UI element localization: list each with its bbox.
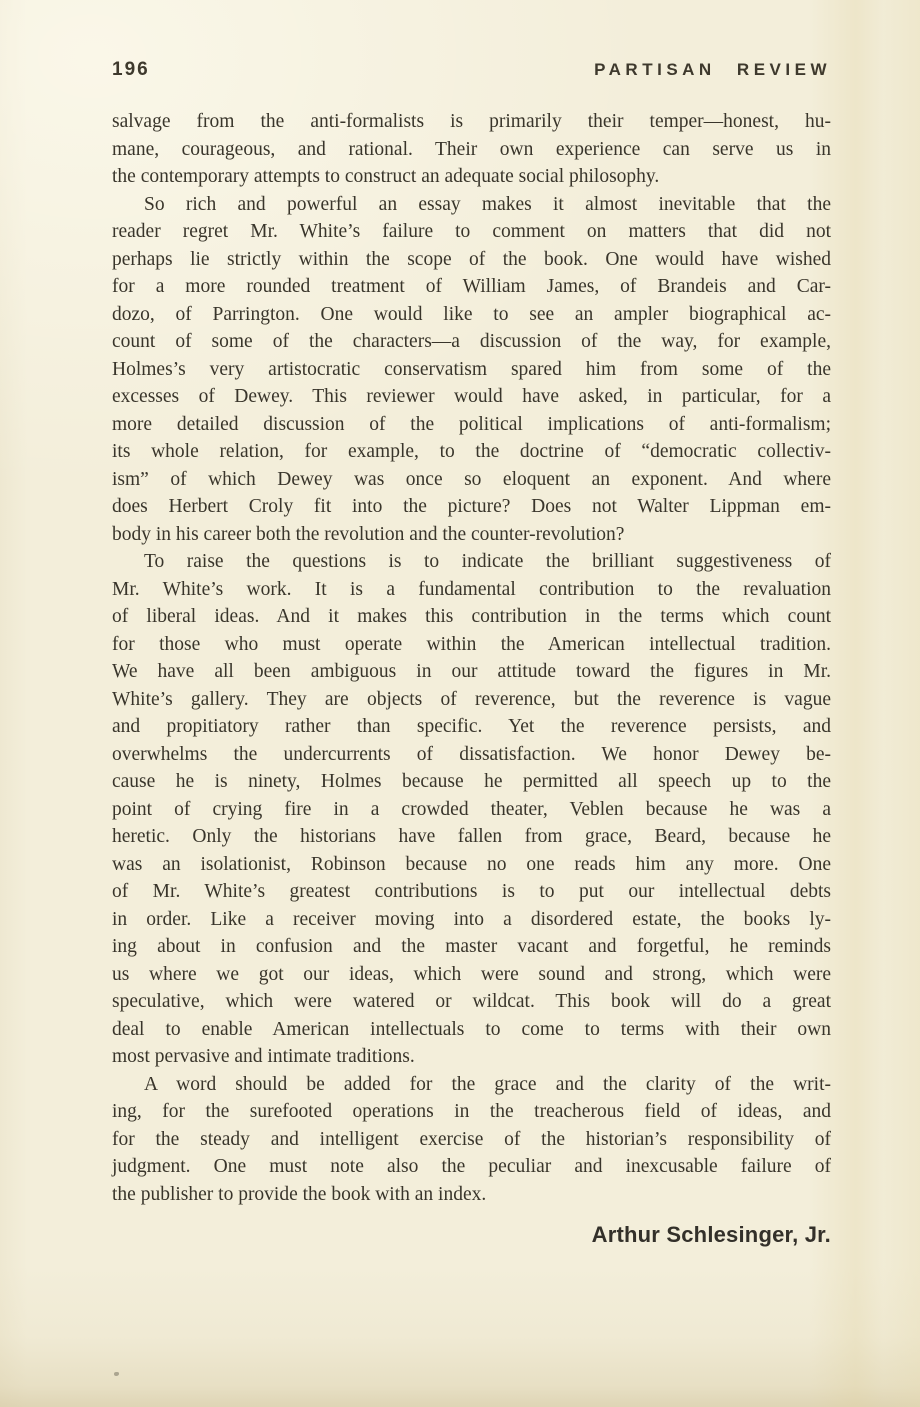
scanned-book-page: 196 PARTISAN REVIEW salvage from the ant… <box>0 0 920 1407</box>
text-line: Holmes’s very artistocratic conservatism… <box>112 356 831 384</box>
text-line: of Mr. White’s greatest contributions is… <box>112 878 831 906</box>
text-line: and propitiatory rather than specific. Y… <box>112 713 831 741</box>
paragraph: salvage from the anti-formalists is prim… <box>112 108 831 191</box>
paragraph: To raise the questions is to indicate th… <box>112 548 831 1071</box>
text-line: for a more rounded treatment of William … <box>112 273 831 301</box>
text-line: was an isolationist, Robinson because no… <box>112 851 831 879</box>
author-signature: Arthur Schlesinger, Jr. <box>112 1221 831 1249</box>
text-line: White’s gallery. They are objects of rev… <box>112 686 831 714</box>
text-line: the publisher to provide the book with a… <box>112 1181 831 1209</box>
text-line: reader regret Mr. White’s failure to com… <box>112 218 831 246</box>
text-line: us where we got our ideas, which were so… <box>112 961 831 989</box>
text-line: the contemporary attempts to construct a… <box>112 163 831 191</box>
text-line: for the steady and intelligent exercise … <box>112 1126 831 1154</box>
journal-title: PARTISAN REVIEW <box>594 60 831 80</box>
text-line: mane, courageous, and rational. Their ow… <box>112 136 831 164</box>
text-line: A word should be added for the grace and… <box>112 1071 831 1099</box>
text-line: more detailed discussion of the politica… <box>112 411 831 439</box>
text-line: cause he is ninety, Holmes because he pe… <box>112 768 831 796</box>
body-text: salvage from the anti-formalists is prim… <box>112 108 831 1249</box>
text-line: ing about in confusion and the master va… <box>112 933 831 961</box>
scan-speck <box>114 1372 119 1376</box>
text-line: count of some of the characters—a discus… <box>112 328 831 356</box>
text-line: for those who must operate within the Am… <box>112 631 831 659</box>
text-line: Mr. White’s work. It is a fundamental co… <box>112 576 831 604</box>
text-line: ing, for the surefooted operations in th… <box>112 1098 831 1126</box>
text-line: dozo, of Parrington. One would like to s… <box>112 301 831 329</box>
page-number: 196 <box>112 59 150 81</box>
text-line: judgment. One must note also the peculia… <box>112 1153 831 1181</box>
paragraph: A word should be added for the grace and… <box>112 1071 831 1209</box>
text-line: its whole relation, for example, to the … <box>112 438 831 466</box>
text-line: body in his career both the revolution a… <box>112 521 831 549</box>
text-line: salvage from the anti-formalists is prim… <box>112 108 831 136</box>
text-line: To raise the questions is to indicate th… <box>112 548 831 576</box>
text-line: point of crying fire in a crowded theate… <box>112 796 831 824</box>
text-line: most pervasive and intimate traditions. <box>112 1043 831 1071</box>
running-head: 196 PARTISAN REVIEW <box>112 59 831 81</box>
text-line: We have all been ambiguous in our attitu… <box>112 658 831 686</box>
text-line: does Herbert Croly fit into the picture?… <box>112 493 831 521</box>
text-line: speculative, which were watered or wildc… <box>112 988 831 1016</box>
text-line: overwhelms the undercurrents of dissatis… <box>112 741 831 769</box>
text-line: perhaps lie strictly within the scope of… <box>112 246 831 274</box>
text-line: ism” of which Dewey was once so eloquent… <box>112 466 831 494</box>
text-line: heretic. Only the historians have fallen… <box>112 823 831 851</box>
text-line: So rich and powerful an essay makes it a… <box>112 191 831 219</box>
text-line: in order. Like a receiver moving into a … <box>112 906 831 934</box>
text-line: excesses of Dewey. This reviewer would h… <box>112 383 831 411</box>
paragraph: So rich and powerful an essay makes it a… <box>112 191 831 549</box>
text-line: of liberal ideas. And it makes this cont… <box>112 603 831 631</box>
text-line: deal to enable American intellectuals to… <box>112 1016 831 1044</box>
